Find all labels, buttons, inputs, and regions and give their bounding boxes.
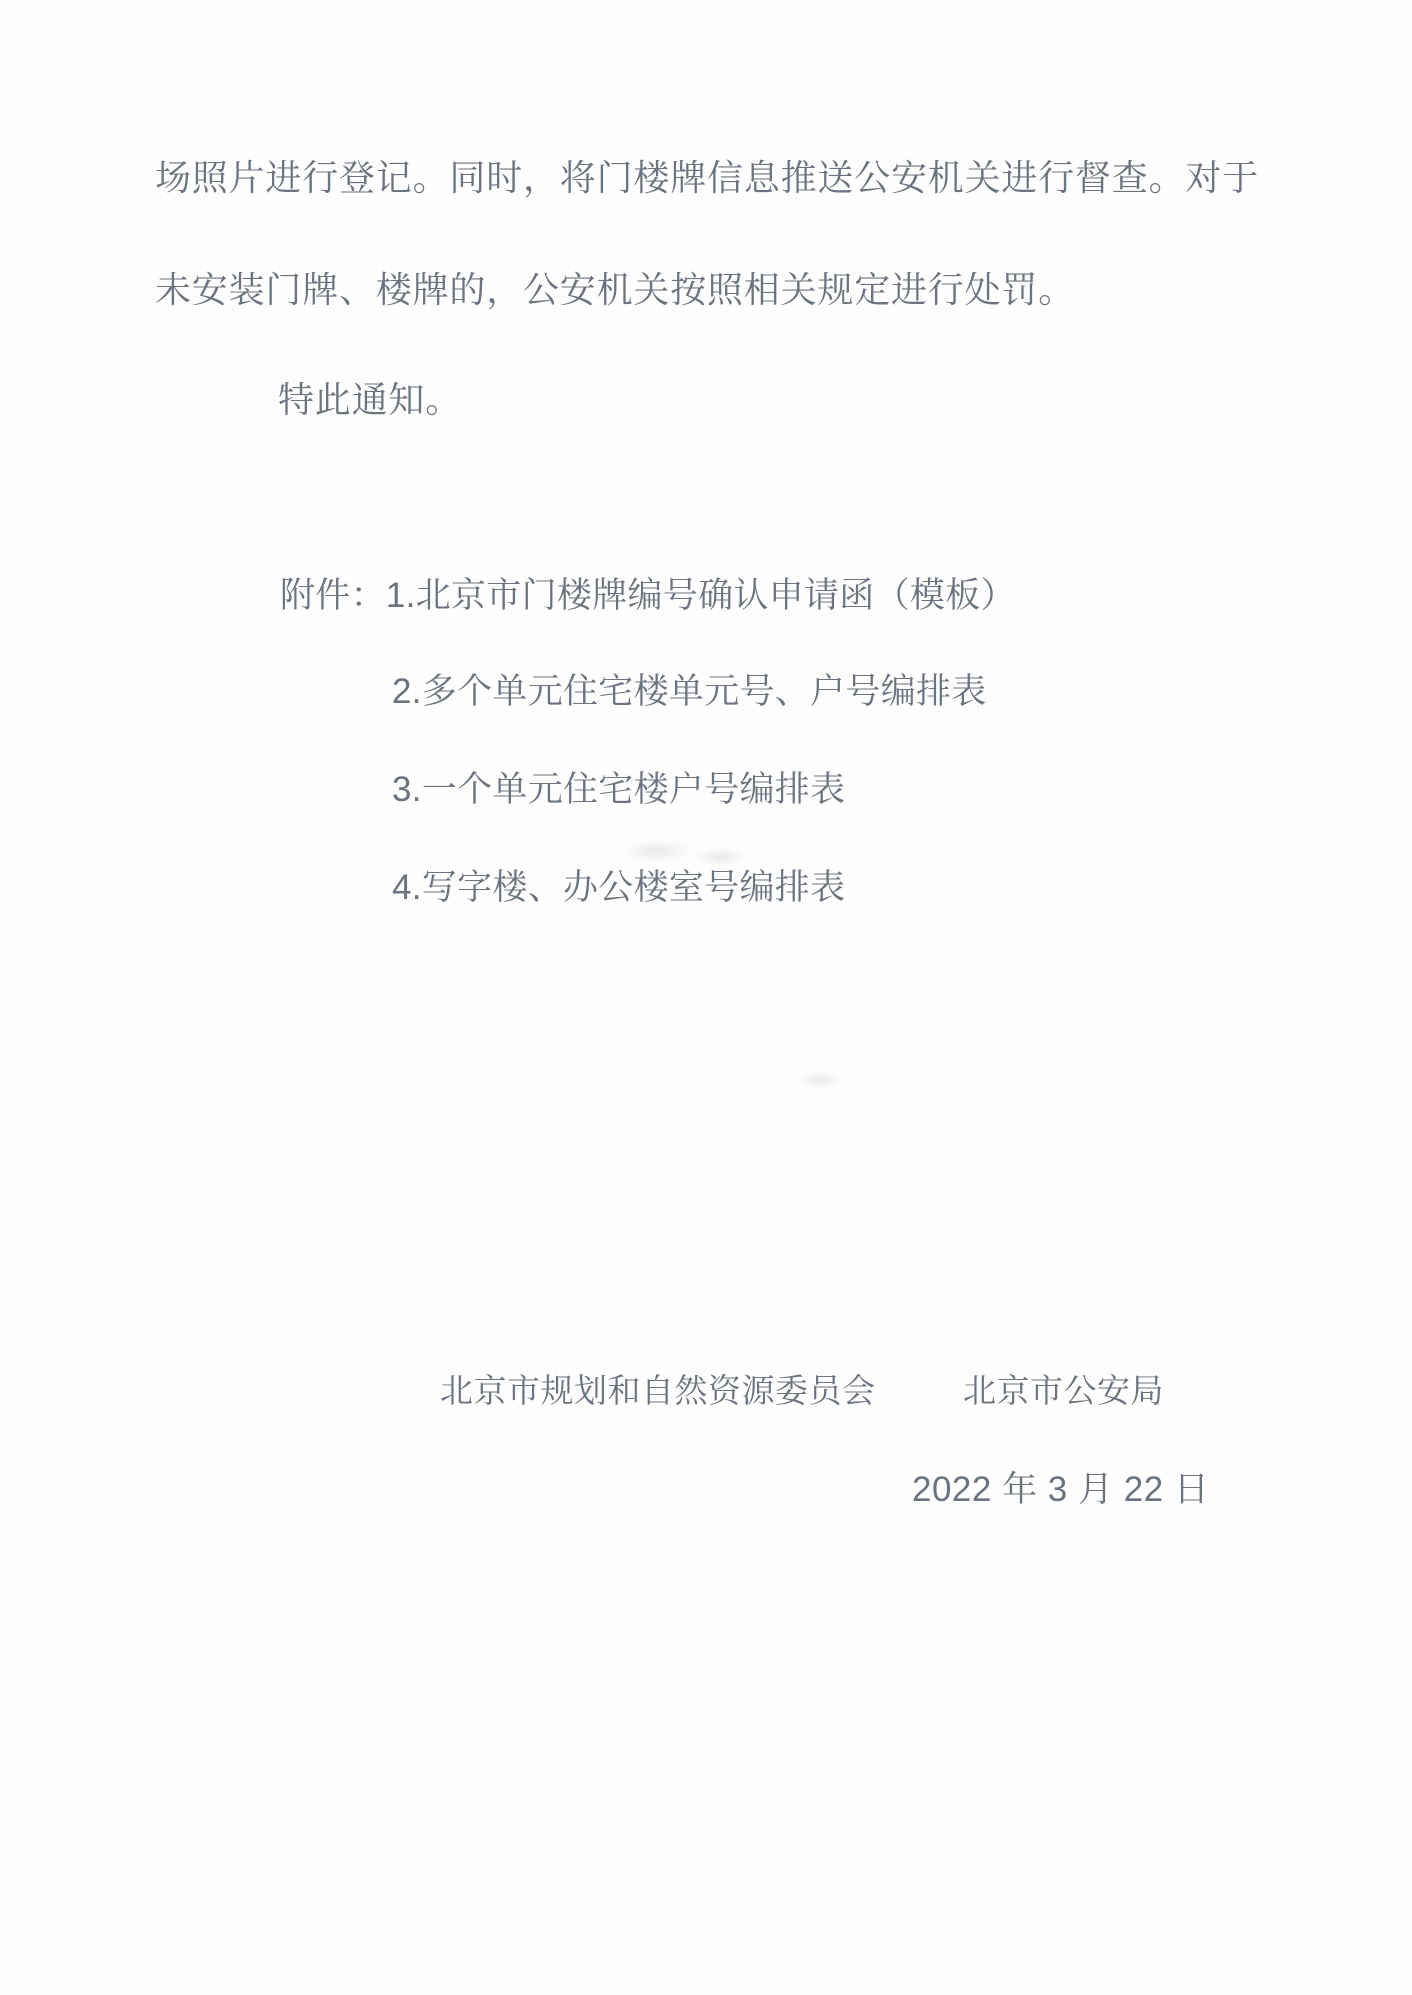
attachment-item-4: 4.写字楼、办公楼室号编排表: [392, 860, 845, 910]
closing-line: 特此通知。: [278, 372, 462, 423]
attachment-item-3: 3.一个单元住宅楼户号编排表: [392, 762, 845, 812]
issuer-org-primary: 北京市规划和自然资源委员会: [440, 1365, 876, 1412]
attachment-line-1: 附件：1.北京市门楼牌编号确认申请函（模板）: [280, 568, 1016, 618]
scanned-notice-page: 场照片进行登记。同时，将门楼牌信息推送公安机关进行督查。对于 未安装门牌、楼牌的…: [0, 0, 1412, 1995]
attachment-item-1: 1.北京市门楼牌编号确认申请函（模板）: [386, 576, 1016, 615]
attachment-item-2: 2.多个单元住宅楼单元号、户号编排表: [392, 664, 987, 714]
attachments-label: 附件：: [280, 576, 386, 615]
scan-artifact: [622, 840, 692, 862]
body-line-1: 场照片进行登记。同时，将门楼牌信息推送公安机关进行督查。对于: [155, 150, 1259, 201]
scan-artifact: [800, 1072, 840, 1088]
issuer-org-secondary: 北京市公安局: [963, 1365, 1164, 1412]
body-line-2: 未安装门牌、楼牌的，公安机关按照相关规定进行处罚。: [155, 262, 1075, 313]
date-line: 2022 年 3 月 22 日: [912, 1462, 1209, 1512]
